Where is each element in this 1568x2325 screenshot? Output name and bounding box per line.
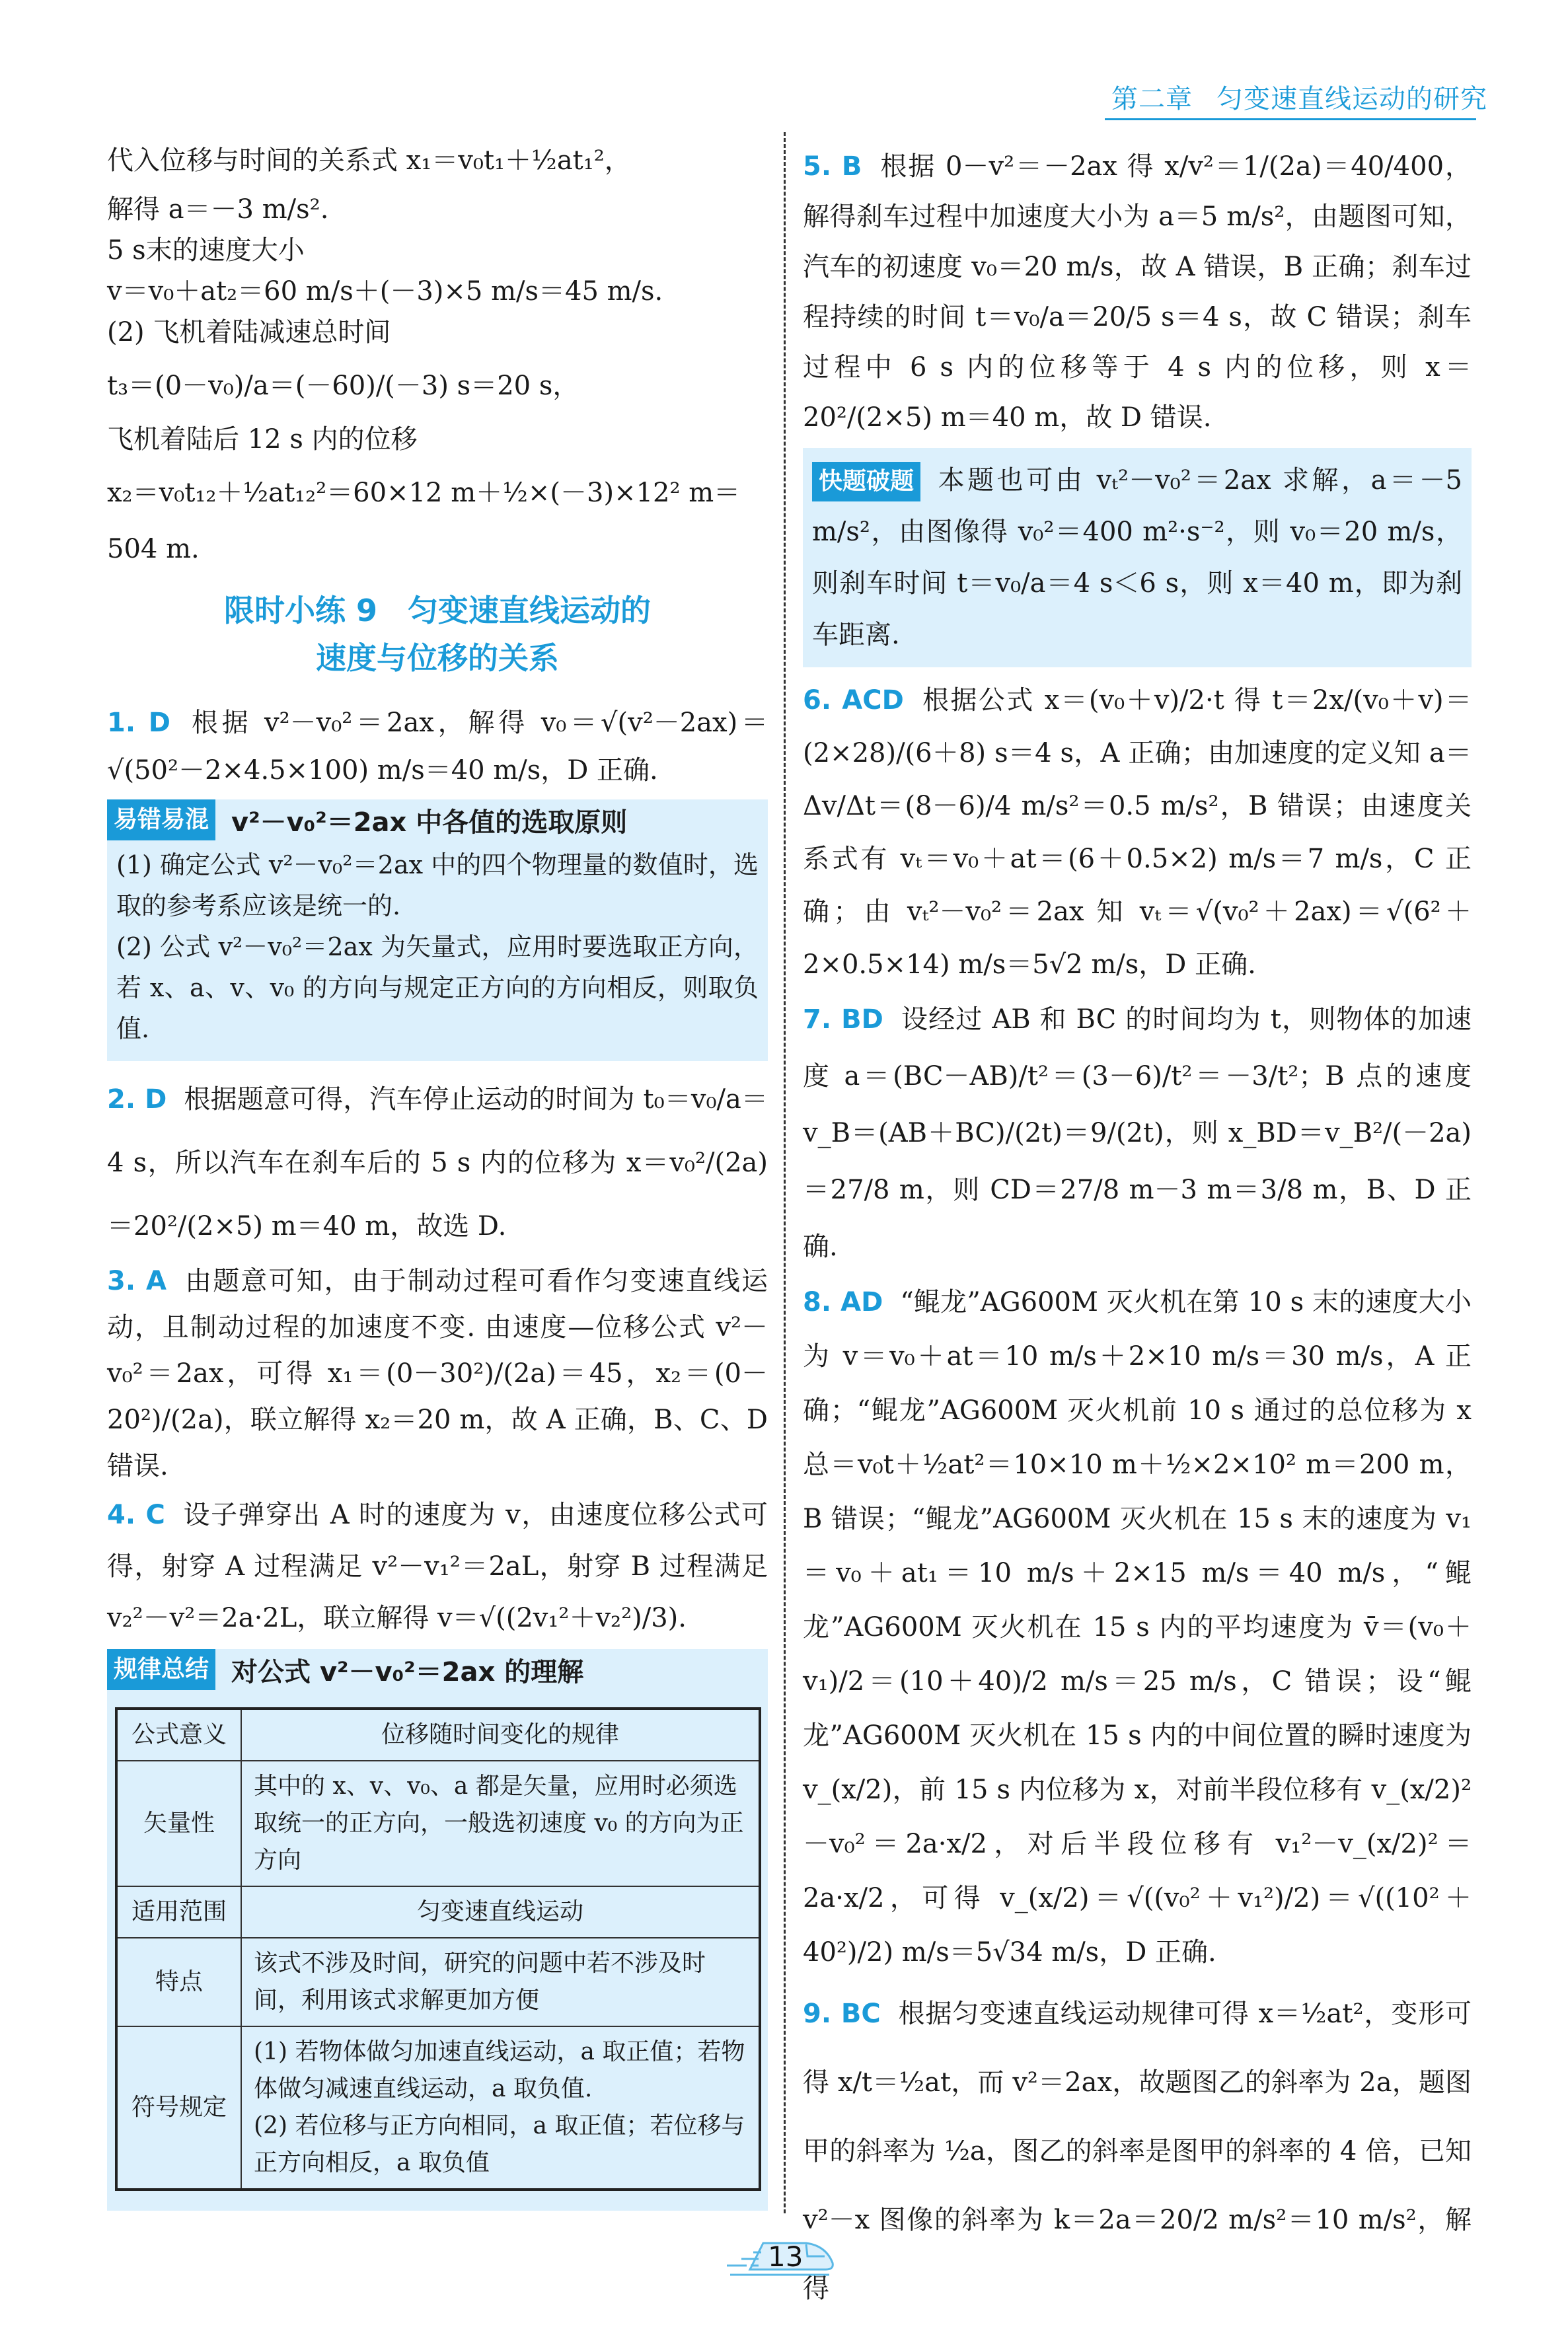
- tip-title: v²－v₀²＝2ax 中各值的选取原则: [231, 801, 627, 839]
- answer-9: 9. BC根据匀变速直线运动规律可得 x＝½at²，变形可得 x/t＝½at，而…: [803, 1979, 1472, 2323]
- solution-line: x₂＝v₀t₁₂＋½at₁₂²＝60×12 m＋½×(－3)×12² m＝: [107, 460, 768, 526]
- page-number-badge: 13: [727, 2236, 839, 2283]
- table-value: 其中的 x、v、v₀、a 都是矢量，应用时必须选取统一的正方向，一般选初速度 v…: [241, 1761, 760, 1886]
- left-column: 代入位移与时间的关系式 x₁＝v₀t₁＋½at₁²， 解得 a＝－3 m/s².…: [107, 132, 768, 2217]
- table-key: 特点: [116, 1938, 241, 2026]
- answer-text: 设子弹穿出 A 时的速度为 v，由速度位移公式可得，射穿 A 过程满足 v²－v…: [107, 1500, 768, 1633]
- table-row: 矢量性 其中的 x、v、v₀、a 都是矢量，应用时必须选取统一的正方向，一般选初…: [116, 1761, 760, 1886]
- answer-number: 1. D: [107, 708, 170, 738]
- answer-number: 2. D: [107, 1084, 167, 1115]
- table-row: 特点 该式不涉及时间，研究的问题中若不涉及时间，利用该式求解更加方便: [116, 1938, 760, 2026]
- answer-number: 7. BD: [803, 1004, 883, 1035]
- tip-title: 对公式 v²－v₀²＝2ax 的理解: [231, 1651, 583, 1689]
- answer-text: 根据公式 x＝(v₀＋v)/2·t 得 t＝2x/(v₀＋v)＝(2×28)/(…: [803, 685, 1472, 980]
- answer-3: 3. A由题意可知，由于制动过程可看作匀变速直线运动，且制动过程的加速度不变. …: [107, 1258, 768, 1489]
- answer-1: 1. D根据 v²－v₀²＝2ax，解得 v₀＝√(v²－2ax)＝√(50²－…: [107, 699, 768, 794]
- answer-text: 根据 v²－v₀²＝2ax，解得 v₀＝√(v²－2ax)＝√(50²－2×4.…: [107, 708, 768, 786]
- chapter-title: 匀变速直线运动的研究: [1216, 84, 1487, 114]
- tip-box-rule-summary: 规律总结 对公式 v²－v₀²＝2ax 的理解 公式意义 位移随时间变化的规律 …: [107, 1649, 768, 2211]
- table-key: 公式意义: [116, 1709, 241, 1761]
- section-title: 限时小练 9 匀变速直线运动的 速度与位移的关系: [107, 587, 768, 682]
- answer-text: 由题意可知，由于制动过程可看作匀变速直线运动，且制动过程的加速度不变. 由速度—…: [107, 1266, 768, 1481]
- table-value: 位移随时间变化的规律: [241, 1709, 760, 1761]
- solution-line: 解得 a＝－3 m/s².: [107, 189, 768, 230]
- page-number: 13: [768, 2240, 803, 2273]
- table-value: 匀变速直线运动: [241, 1886, 760, 1938]
- tip-box-common-mistakes: 易错易混 v²－v₀²＝2ax 中各值的选取原则 (1) 确定公式 v²－v₀²…: [107, 799, 768, 1061]
- tip-item: (1) 确定公式 v²－v₀²＝2ax 中的四个物理量的数值时，选取的参考系应该…: [116, 844, 759, 926]
- answer-2: 2. D根据题意可得，汽车停止运动的时间为 t₀＝v₀/a＝4 s，所以汽车在刹…: [107, 1068, 768, 1258]
- table-key: 符号规定: [116, 2026, 241, 2190]
- answer-number: 8. AD: [803, 1287, 883, 1317]
- answer-6: 6. ACD根据公式 x＝(v₀＋v)/2·t 得 t＝2x/(v₀＋v)＝(2…: [803, 674, 1472, 991]
- table-row: 适用范围 匀变速直线运动: [116, 1886, 760, 1938]
- solution-line: t₃＝(0－v₀)/a＝(－60)/(－3) s＝20 s，: [107, 353, 768, 419]
- answer-number: 4. C: [107, 1500, 165, 1530]
- chapter-number: 第二章: [1111, 84, 1193, 114]
- chapter-header: 第二章匀变速直线运动的研究: [1105, 78, 1476, 120]
- column-divider: [784, 132, 786, 2213]
- answer-text: 根据题意可得，汽车停止运动的时间为 t₀＝v₀/a＝4 s，所以汽车在刹车后的 …: [107, 1084, 768, 1241]
- answer-7: 7. BD设经过 AB 和 BC 的时间均为 t，则物体的加速度 a＝(BC－A…: [803, 991, 1472, 1275]
- solution-line: 飞机着陆后 12 s 内的位移: [107, 419, 768, 460]
- answer-text: “鲲龙”AG600M 灭火机在第 10 s 末的速度大小为 v＝v₀＋at＝10…: [803, 1287, 1472, 1968]
- answer-text: 设经过 AB 和 BC 的时间均为 t，则物体的加速度 a＝(BC－AB)/t²…: [803, 1004, 1472, 1262]
- tip-tag: 规律总结: [107, 1649, 215, 1690]
- table-key: 适用范围: [116, 1886, 241, 1938]
- answer-number: 5. B: [803, 151, 862, 182]
- tip-item: (2) 公式 v²－v₀²＝2ax 为矢量式，应用时要选取正方向，若 x、a、v…: [116, 926, 759, 1049]
- section-title-line-1: 限时小练 9 匀变速直线运动的: [107, 587, 768, 634]
- continued-solution: 代入位移与时间的关系式 x₁＝v₀t₁＋½at₁²， 解得 a＝－3 m/s².…: [107, 132, 768, 572]
- table-row: 公式意义 位移随时间变化的规律: [116, 1709, 760, 1761]
- rule-table: 公式意义 位移随时间变化的规律 矢量性 其中的 x、v、v₀、a 都是矢量，应用…: [115, 1707, 761, 2191]
- answer-text: 根据匀变速直线运动规律可得 x＝½at²，变形可得 x/t＝½at，而 v²＝2…: [803, 1999, 1472, 2304]
- answer-number: 3. A: [107, 1266, 167, 1296]
- solution-line: v＝v₀＋at₂＝60 m/s＋(－3)×5 m/s＝45 m/s.: [107, 271, 768, 312]
- answer-4: 4. C设子弹穿出 A 时的速度为 v，由速度位移公式可得，射穿 A 过程满足 …: [107, 1489, 768, 1644]
- solution-line: (2) 飞机着陆减速总时间: [107, 312, 768, 353]
- table-value: (1) 若物体做匀加速直线运动，a 取正值；若物体做匀减速直线运动，a 取负值.…: [241, 2026, 760, 2190]
- answer-text: 根据 0－v²＝－2ax 得 x/v²＝1/(2a)＝40/400，解得刹车过程…: [803, 151, 1472, 433]
- table-row: 符号规定 (1) 若物体做匀加速直线运动，a 取正值；若物体做匀减速直线运动，a…: [116, 2026, 760, 2190]
- answer-8: 8. AD“鲲龙”AG600M 灭火机在第 10 s 末的速度大小为 v＝v₀＋…: [803, 1275, 1472, 1979]
- solution-line: 代入位移与时间的关系式 x₁＝v₀t₁＋½at₁²，: [107, 132, 768, 189]
- solution-line: 504 m.: [107, 526, 768, 572]
- solution-line: 5 s末的速度大小: [107, 230, 768, 271]
- tip-tag: 易错易混: [107, 799, 215, 840]
- section-title-line-2: 速度与位移的关系: [107, 634, 768, 682]
- tip-box-quick-solve: 快题破题本题也可由 vₜ²－v₀²＝2ax 求解，a＝－5 m/s²，由图像得 …: [803, 448, 1472, 667]
- right-column: 5. B根据 0－v²＝－2ax 得 x/v²＝1/(2a)＝40/400，解得…: [803, 132, 1472, 2323]
- table-value: 该式不涉及时间，研究的问题中若不涉及时间，利用该式求解更加方便: [241, 1938, 760, 2026]
- answer-number: 6. ACD: [803, 685, 904, 716]
- answer-number: 9. BC: [803, 1999, 881, 2029]
- answer-5: 5. B根据 0－v²＝－2ax 得 x/v²＝1/(2a)＝40/400，解得…: [803, 141, 1472, 443]
- table-key: 矢量性: [116, 1761, 241, 1886]
- tip-tag: 快题破题: [812, 462, 920, 501]
